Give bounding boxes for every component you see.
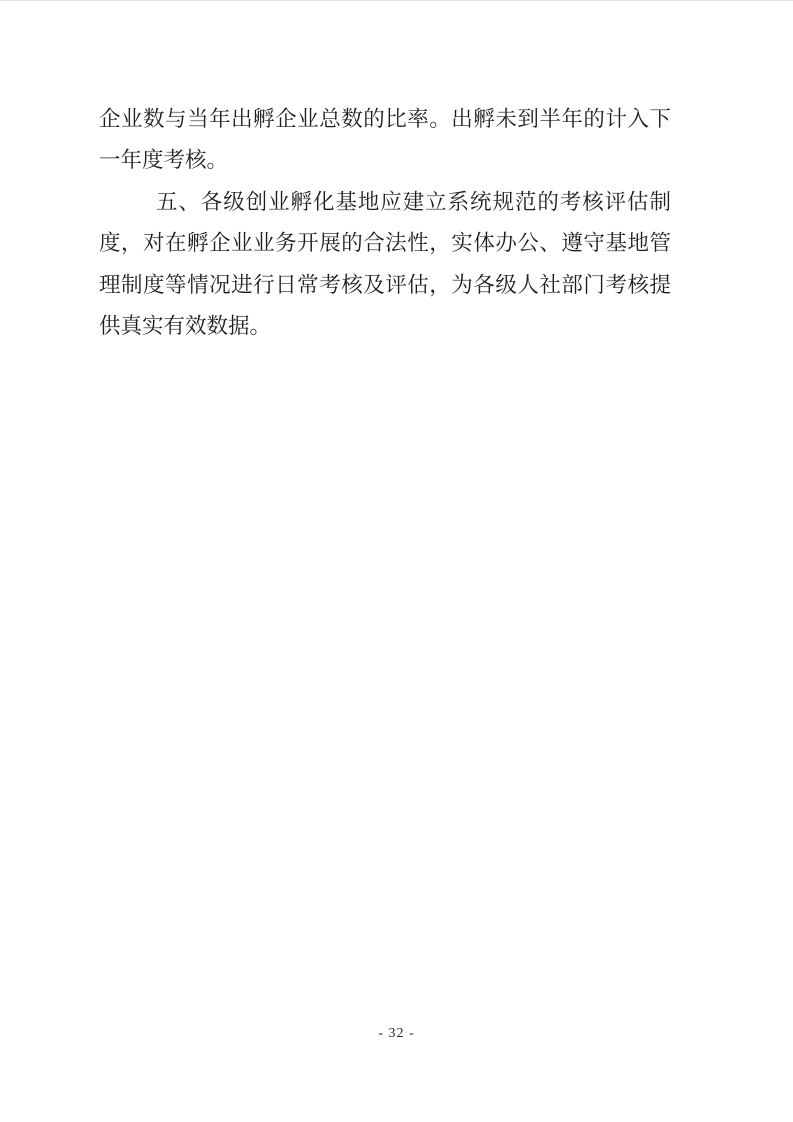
page-number: - 32 -: [378, 1026, 414, 1041]
body-text-block: 企业数与当年出孵企业总数的比率。出孵未到半年的计入下 一年度考核。 五、各级创业…: [99, 99, 671, 347]
text-line: 度，对在孵企业业务开展的合法性，实体办公、遵守基地管: [99, 223, 671, 264]
paragraph-clause-five: 五、各级创业孵化基地应建立系统规范的考核评估制 度，对在孵企业业务开展的合法性，…: [99, 182, 671, 348]
text-line: 企业数与当年出孵企业总数的比率。出孵未到半年的计入下: [99, 99, 671, 140]
text-line: 五、各级创业孵化基地应建立系统规范的考核评估制: [99, 182, 671, 223]
text-line: 一年度考核。: [99, 140, 671, 181]
page-footer: - 32 -: [0, 1025, 793, 1043]
paragraph-continuation: 企业数与当年出孵企业总数的比率。出孵未到半年的计入下 一年度考核。: [99, 99, 671, 182]
text-line: 理制度等情况进行日常考核及评估，为各级人社部门考核提: [99, 265, 671, 306]
text-line: 供真实有效数据。: [99, 306, 671, 347]
page-top-edge-line: [0, 0, 793, 1]
